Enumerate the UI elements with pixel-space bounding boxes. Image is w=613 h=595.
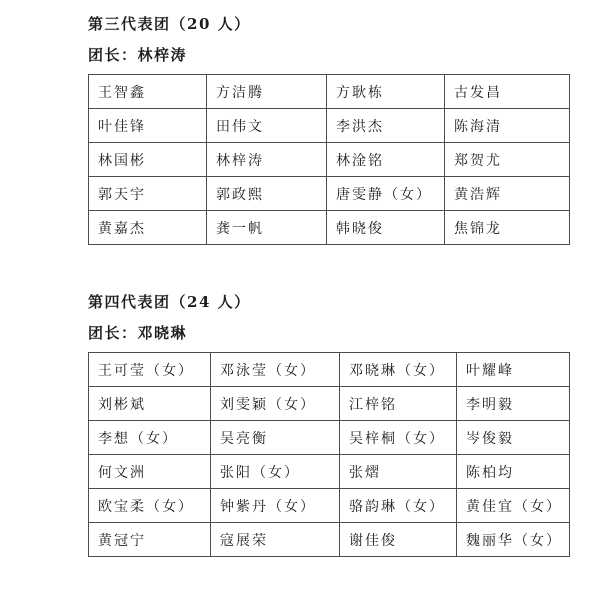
- table-cell: 江梓铭: [340, 387, 457, 421]
- table-cell: 叶耀峰: [457, 353, 570, 387]
- document-page: 第三代表团（20 人） 团长：林梓涛 王智鑫 方洁腾 方耿栋 古发昌 叶佳锋 田…: [88, 6, 529, 557]
- table-cell: 郭政熙: [207, 177, 327, 211]
- table-cell: 刘雯颖（女）: [211, 387, 340, 421]
- table-cell: 邓晓琳（女）: [340, 353, 457, 387]
- table-cell: 王智鑫: [89, 75, 207, 109]
- table-cell: 王可莹（女）: [89, 353, 211, 387]
- section-fourth-delegation: 第四代表团（24 人） 团长：邓晓琳 王可莹（女） 邓泳莹（女） 邓晓琳（女） …: [88, 292, 529, 557]
- table-cell: 黄佳宜（女）: [457, 489, 570, 523]
- table-cell: 叶佳锋: [89, 109, 207, 143]
- table-cell: 寇展荣: [211, 523, 340, 557]
- table-cell: 焦锦龙: [445, 211, 570, 245]
- table-row: 黄冠宁 寇展荣 谢佳俊 魏丽华（女）: [89, 523, 570, 557]
- table-row: 王可莹（女） 邓泳莹（女） 邓晓琳（女） 叶耀峰: [89, 353, 570, 387]
- table-cell: 岑俊毅: [457, 421, 570, 455]
- table-cell: 陈柏均: [457, 455, 570, 489]
- section-divider-space: [88, 245, 529, 284]
- table-row: 黄嘉杰 龚一帆 韩晓俊 焦锦龙: [89, 211, 570, 245]
- table-cell: 张阳（女）: [211, 455, 340, 489]
- table-cell: 林梓涛: [207, 143, 327, 177]
- table-cell: 林国彬: [89, 143, 207, 177]
- table-cell: 张熠: [340, 455, 457, 489]
- table-cell: 郭天宇: [89, 177, 207, 211]
- table-row: 郭天宇 郭政熙 唐雯静（女） 黄浩辉: [89, 177, 570, 211]
- section-third-delegation: 第三代表团（20 人） 团长：林梓涛 王智鑫 方洁腾 方耿栋 古发昌 叶佳锋 田…: [88, 14, 529, 245]
- table-row: 叶佳锋 田伟文 李洪杰 陈海清: [89, 109, 570, 143]
- table-cell: 邓泳莹（女）: [211, 353, 340, 387]
- table-cell: 骆韵琳（女）: [340, 489, 457, 523]
- section-leader: 团长：林梓涛: [88, 45, 529, 65]
- table-cell: 魏丽华（女）: [457, 523, 570, 557]
- table-row: 林国彬 林梓涛 林淦铭 郑贺尤: [89, 143, 570, 177]
- table-row: 李想（女） 吴亮衡 吴梓桐（女） 岑俊毅: [89, 421, 570, 455]
- table-cell: 吴亮衡: [211, 421, 340, 455]
- table-cell: 古发昌: [445, 75, 570, 109]
- table-row: 王智鑫 方洁腾 方耿栋 古发昌: [89, 75, 570, 109]
- table-cell: 黄浩辉: [445, 177, 570, 211]
- table-cell: 钟紫丹（女）: [211, 489, 340, 523]
- table-cell: 李洪杰: [327, 109, 445, 143]
- table-cell: 何文洲: [89, 455, 211, 489]
- table-row: 刘彬斌 刘雯颖（女） 江梓铭 李明毅: [89, 387, 570, 421]
- table-cell: 唐雯静（女）: [327, 177, 445, 211]
- table-cell: 郑贺尤: [445, 143, 570, 177]
- table-cell: 陈海清: [445, 109, 570, 143]
- table-cell: 龚一帆: [207, 211, 327, 245]
- table-cell: 方洁腾: [207, 75, 327, 109]
- table-cell: 谢佳俊: [340, 523, 457, 557]
- roster-table-third-delegation: 王智鑫 方洁腾 方耿栋 古发昌 叶佳锋 田伟文 李洪杰 陈海清 林国彬 林梓涛 …: [88, 74, 570, 245]
- table-cell: 方耿栋: [327, 75, 445, 109]
- table-cell: 田伟文: [207, 109, 327, 143]
- table-cell: 欧宝柔（女）: [89, 489, 211, 523]
- section-title: 第四代表团（24 人）: [88, 292, 529, 312]
- table-cell: 黄冠宁: [89, 523, 211, 557]
- table-cell: 刘彬斌: [89, 387, 211, 421]
- table-cell: 韩晓俊: [327, 211, 445, 245]
- section-leader: 团长：邓晓琳: [88, 323, 529, 343]
- table-cell: 黄嘉杰: [89, 211, 207, 245]
- table-cell: 吴梓桐（女）: [340, 421, 457, 455]
- roster-table-fourth-delegation: 王可莹（女） 邓泳莹（女） 邓晓琳（女） 叶耀峰 刘彬斌 刘雯颖（女） 江梓铭 …: [88, 352, 570, 557]
- table-cell: 李明毅: [457, 387, 570, 421]
- table-cell: 林淦铭: [327, 143, 445, 177]
- table-row: 何文洲 张阳（女） 张熠 陈柏均: [89, 455, 570, 489]
- table-cell: 李想（女）: [89, 421, 211, 455]
- section-title: 第三代表团（20 人）: [88, 14, 529, 34]
- table-row: 欧宝柔（女） 钟紫丹（女） 骆韵琳（女） 黄佳宜（女）: [89, 489, 570, 523]
